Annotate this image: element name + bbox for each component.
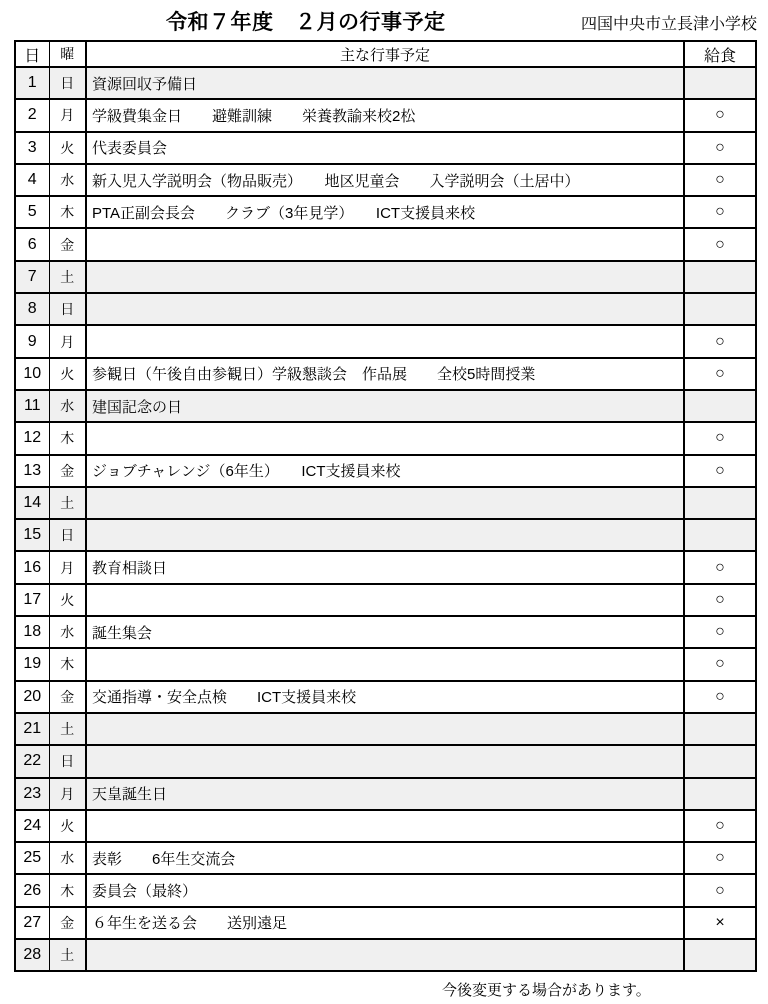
day-cell: 23 — [15, 778, 49, 810]
table-row: 23月天皇誕生日 — [15, 778, 756, 810]
event-cell — [86, 713, 684, 745]
event-cell: ６年生を送る会 送別遠足 — [86, 907, 684, 939]
weekday-cell: 日 — [49, 745, 86, 777]
weekday-cell: 木 — [49, 874, 86, 906]
table-row: 15日 — [15, 519, 756, 551]
header-day: 日 — [15, 41, 49, 67]
lunch-mark-cell: × — [684, 907, 756, 939]
lunch-mark-cell: ○ — [684, 455, 756, 487]
weekday-cell: 水 — [49, 164, 86, 196]
event-cell — [86, 261, 684, 293]
table-row: 19木○ — [15, 648, 756, 680]
lunch-mark-cell: ○ — [684, 422, 756, 454]
header-weekday: 曜 — [49, 41, 86, 67]
table-row: 17火○ — [15, 584, 756, 616]
table-row: 12木○ — [15, 422, 756, 454]
event-cell: 委員会（最終） — [86, 874, 684, 906]
event-cell — [86, 293, 684, 325]
table-row: 3火代表委員会○ — [15, 132, 756, 164]
event-cell — [86, 584, 684, 616]
table-row: 27金６年生を送る会 送別遠足× — [15, 907, 756, 939]
table-row: 2月学級費集金日 避難訓練 栄養教諭来校2松○ — [15, 99, 756, 131]
weekday-cell: 金 — [49, 681, 86, 713]
lunch-mark-cell — [684, 939, 756, 971]
table-row: 14土 — [15, 487, 756, 519]
table-row: 10火参観日（午後自由参観日）学級懇談会 作品展 全校5時間授業○ — [15, 358, 756, 390]
weekday-cell: 土 — [49, 261, 86, 293]
event-cell: 資源回収予備日 — [86, 67, 684, 99]
lunch-mark-cell: ○ — [684, 616, 756, 648]
event-cell — [86, 648, 684, 680]
day-cell: 18 — [15, 616, 49, 648]
weekday-cell: 土 — [49, 487, 86, 519]
day-cell: 3 — [15, 132, 49, 164]
lunch-mark-cell — [684, 778, 756, 810]
table-row: 4水新入児入学説明会（物品販売） 地区児童会 入学説明会（土居中）○ — [15, 164, 756, 196]
table-row: 13金ジョブチャレンジ（6年生） ICT支援員来校○ — [15, 455, 756, 487]
lunch-mark-cell: ○ — [684, 842, 756, 874]
lunch-mark-cell: ○ — [684, 584, 756, 616]
weekday-cell: 木 — [49, 648, 86, 680]
weekday-cell: 日 — [49, 293, 86, 325]
event-cell: PTA正副会長会 クラブ（3年見学） ICT支援員来校 — [86, 196, 684, 228]
header-lunch: 給食 — [684, 41, 756, 67]
day-cell: 26 — [15, 874, 49, 906]
day-cell: 11 — [15, 390, 49, 422]
table-row: 26木委員会（最終）○ — [15, 874, 756, 906]
weekday-cell: 月 — [49, 99, 86, 131]
weekday-cell: 火 — [49, 584, 86, 616]
event-cell: 参観日（午後自由参観日）学級懇談会 作品展 全校5時間授業 — [86, 358, 684, 390]
table-row: 1日資源回収予備日 — [15, 67, 756, 99]
event-cell: 建国記念の日 — [86, 390, 684, 422]
lunch-mark-cell — [684, 390, 756, 422]
weekday-cell: 月 — [49, 778, 86, 810]
school-name: 四国中央市立長津小学校 — [581, 11, 757, 34]
event-cell — [86, 422, 684, 454]
event-cell — [86, 745, 684, 777]
weekday-cell: 木 — [49, 196, 86, 228]
weekday-cell: 金 — [49, 907, 86, 939]
day-cell: 17 — [15, 584, 49, 616]
table-row: 25水表彰 6年生交流会○ — [15, 842, 756, 874]
lunch-mark-cell: ○ — [684, 681, 756, 713]
lunch-mark-cell: ○ — [684, 648, 756, 680]
day-cell: 27 — [15, 907, 49, 939]
weekday-cell: 土 — [49, 939, 86, 971]
table-row: 9月○ — [15, 325, 756, 357]
table-row: 6金○ — [15, 228, 756, 260]
day-cell: 14 — [15, 487, 49, 519]
event-cell — [86, 487, 684, 519]
table-row: 7土 — [15, 261, 756, 293]
weekday-cell: 火 — [49, 132, 86, 164]
lunch-mark-cell — [684, 261, 756, 293]
event-cell — [86, 810, 684, 842]
table-row: 16月教育相談日○ — [15, 551, 756, 583]
event-cell: 教育相談日 — [86, 551, 684, 583]
day-cell: 20 — [15, 681, 49, 713]
lunch-mark-cell: ○ — [684, 132, 756, 164]
day-cell: 21 — [15, 713, 49, 745]
day-cell: 28 — [15, 939, 49, 971]
day-cell: 4 — [15, 164, 49, 196]
day-cell: 16 — [15, 551, 49, 583]
weekday-cell: 月 — [49, 551, 86, 583]
day-cell: 8 — [15, 293, 49, 325]
day-cell: 13 — [15, 455, 49, 487]
weekday-cell: 月 — [49, 325, 86, 357]
lunch-mark-cell — [684, 713, 756, 745]
table-row: 22日 — [15, 745, 756, 777]
event-cell: 新入児入学説明会（物品販売） 地区児童会 入学説明会（土居中） — [86, 164, 684, 196]
weekday-cell: 火 — [49, 810, 86, 842]
lunch-mark-cell — [684, 487, 756, 519]
weekday-cell: 日 — [49, 519, 86, 551]
day-cell: 7 — [15, 261, 49, 293]
table-row: 28土 — [15, 939, 756, 971]
day-cell: 24 — [15, 810, 49, 842]
day-cell: 22 — [15, 745, 49, 777]
schedule-page: 令和７年度 ２月の行事予定 四国中央市立長津小学校 日 曜 主な行事予定 給食 … — [0, 0, 768, 1004]
event-cell: 学級費集金日 避難訓練 栄養教諭来校2松 — [86, 99, 684, 131]
header-row: 日 曜 主な行事予定 給食 — [15, 41, 756, 67]
weekday-cell: 金 — [49, 455, 86, 487]
event-cell: ジョブチャレンジ（6年生） ICT支援員来校 — [86, 455, 684, 487]
weekday-cell: 金 — [49, 228, 86, 260]
page-title: 令和７年度 ２月の行事予定 — [166, 6, 446, 36]
lunch-mark-cell: ○ — [684, 358, 756, 390]
lunch-mark-cell — [684, 67, 756, 99]
lunch-mark-cell: ○ — [684, 325, 756, 357]
event-cell: 表彰 6年生交流会 — [86, 842, 684, 874]
weekday-cell: 水 — [49, 616, 86, 648]
day-cell: 5 — [15, 196, 49, 228]
event-cell — [86, 519, 684, 551]
event-cell: 誕生集会 — [86, 616, 684, 648]
weekday-cell: 水 — [49, 842, 86, 874]
schedule-rows: 1日資源回収予備日2月学級費集金日 避難訓練 栄養教諭来校2松○3火代表委員会○… — [15, 67, 756, 971]
lunch-mark-cell: ○ — [684, 228, 756, 260]
table-row: 11水建国記念の日 — [15, 390, 756, 422]
lunch-mark-cell: ○ — [684, 164, 756, 196]
day-cell: 25 — [15, 842, 49, 874]
event-cell: 天皇誕生日 — [86, 778, 684, 810]
weekday-cell: 火 — [49, 358, 86, 390]
event-cell — [86, 325, 684, 357]
event-cell: 代表委員会 — [86, 132, 684, 164]
weekday-cell: 日 — [49, 67, 86, 99]
table-row: 18水誕生集会○ — [15, 616, 756, 648]
lunch-mark-cell: ○ — [684, 551, 756, 583]
lunch-mark-cell: ○ — [684, 810, 756, 842]
schedule-table: 日 曜 主な行事予定 給食 1日資源回収予備日2月学級費集金日 避難訓練 栄養教… — [14, 40, 757, 972]
lunch-mark-cell — [684, 745, 756, 777]
table-row: 21土 — [15, 713, 756, 745]
lunch-mark-cell: ○ — [684, 99, 756, 131]
day-cell: 10 — [15, 358, 49, 390]
lunch-mark-cell: ○ — [684, 196, 756, 228]
event-cell — [86, 939, 684, 971]
weekday-cell: 木 — [49, 422, 86, 454]
day-cell: 12 — [15, 422, 49, 454]
day-cell: 15 — [15, 519, 49, 551]
day-cell: 6 — [15, 228, 49, 260]
weekday-cell: 土 — [49, 713, 86, 745]
day-cell: 1 — [15, 67, 49, 99]
table-row: 5木PTA正副会長会 クラブ（3年見学） ICT支援員来校○ — [15, 196, 756, 228]
table-row: 8日 — [15, 293, 756, 325]
lunch-mark-cell — [684, 293, 756, 325]
day-cell: 2 — [15, 99, 49, 131]
day-cell: 19 — [15, 648, 49, 680]
header-events: 主な行事予定 — [86, 41, 684, 67]
table-row: 20金交通指導・安全点検 ICT支援員来校○ — [15, 681, 756, 713]
day-cell: 9 — [15, 325, 49, 357]
footer-note: 今後変更する場合があります。 — [442, 979, 651, 1000]
event-cell: 交通指導・安全点検 ICT支援員来校 — [86, 681, 684, 713]
table-row: 24火○ — [15, 810, 756, 842]
lunch-mark-cell — [684, 519, 756, 551]
event-cell — [86, 228, 684, 260]
weekday-cell: 水 — [49, 390, 86, 422]
lunch-mark-cell: ○ — [684, 874, 756, 906]
